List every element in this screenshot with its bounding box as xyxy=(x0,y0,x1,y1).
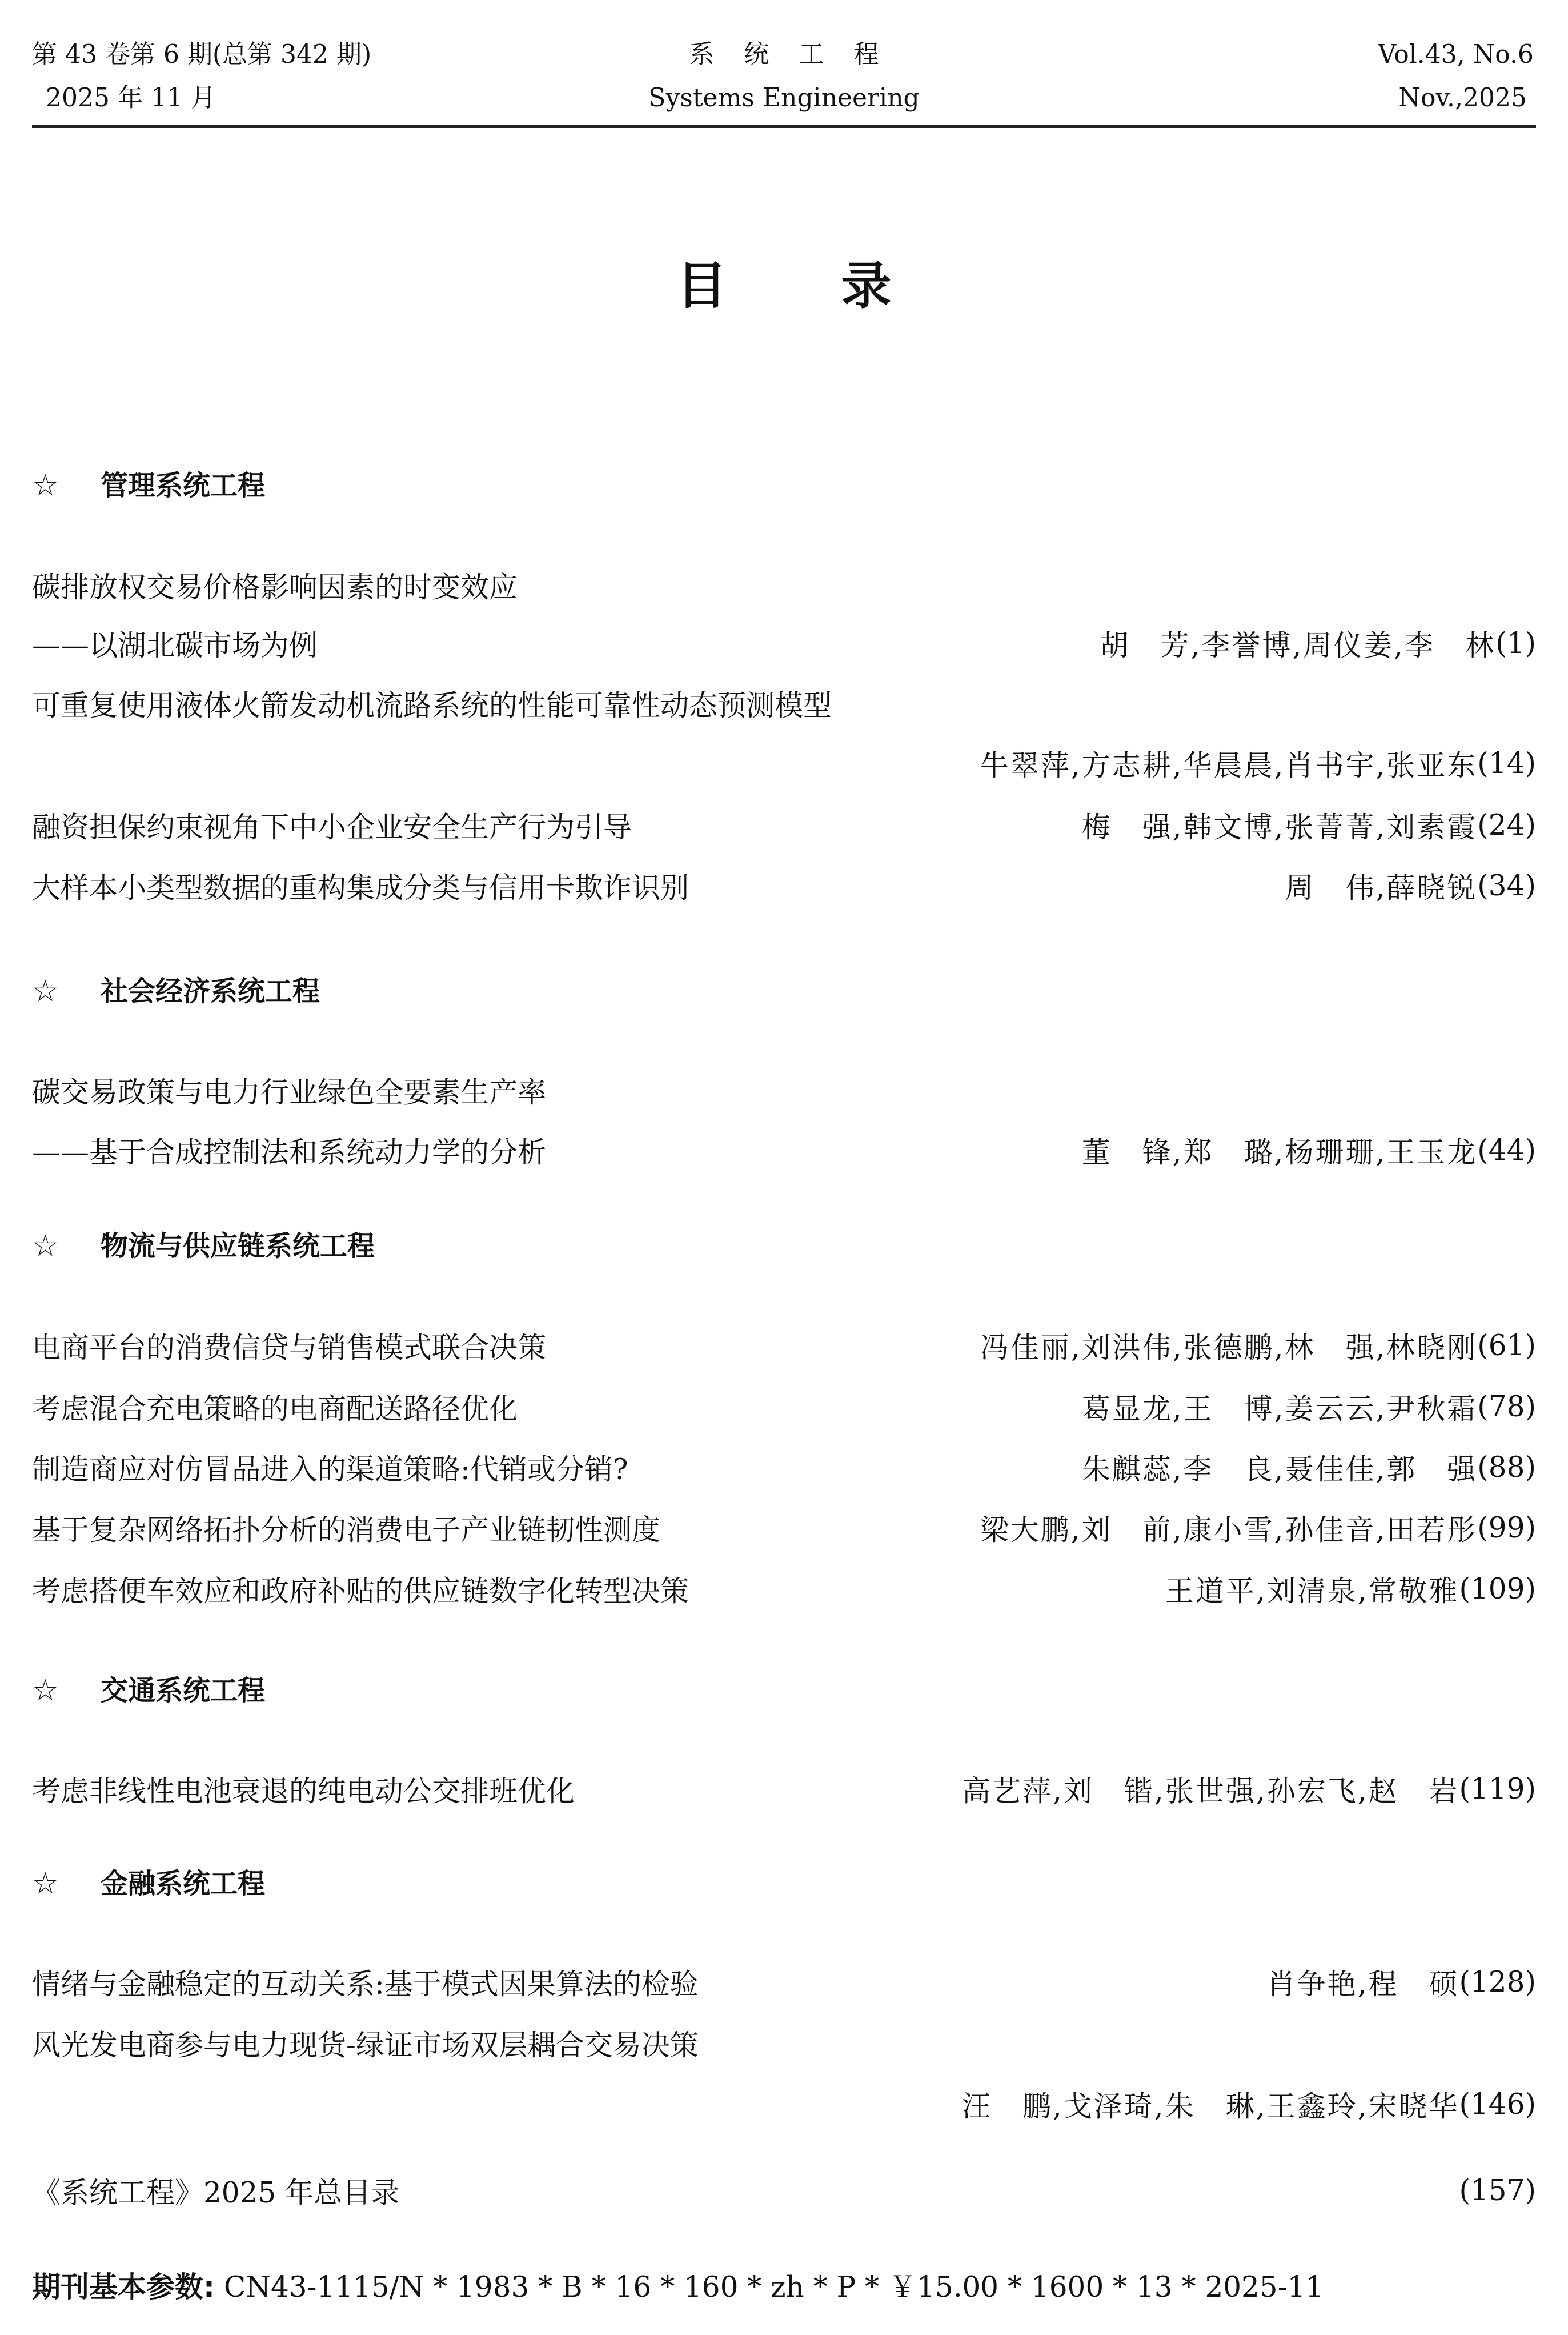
entry-title[interactable]: 考虑混合充电策略的电商配送路径优化 xyxy=(32,1386,518,1427)
entry-title[interactable]: 考虑非线性电池衰退的纯电动公交排班优化 xyxy=(32,1768,575,1809)
entry-title[interactable]: 制造商应对仿冒品进入的渠道策略:代销或分销? xyxy=(32,1447,628,1488)
annual-index-entry[interactable]: 《系统工程》2025 年总目录 (157) xyxy=(32,2169,1536,2212)
toc-entry[interactable]: 制造商应对仿冒品进入的渠道策略:代销或分销? 朱麒蕊,李 良,聂佳佳,郭 强 (… xyxy=(32,1445,1536,1489)
dot-leader xyxy=(704,1960,1261,2004)
entry-authors: 梁大鹏,刘 前,康小雪,孙佳音,田若彤 xyxy=(980,1507,1478,1548)
entry-subtitle[interactable]: ——以湖北碳市场为例 xyxy=(32,623,318,664)
entry-page[interactable]: (14) xyxy=(1477,747,1536,780)
entry-page[interactable]: (88) xyxy=(1477,1451,1536,1484)
toc-entry-continuation[interactable]: ——以湖北碳市场为例 胡 芳,李誉博,周仪姜,李 林 (1) xyxy=(32,622,1536,665)
volume-number-en: Vol.43, No.6 xyxy=(1378,33,1534,77)
section-title: 管理系统工程 xyxy=(101,466,265,506)
entry-title[interactable]: 情绪与金融稳定的互动关系:基于模式因果算法的检验 xyxy=(32,1961,699,2002)
toc-entry[interactable]: 基于复杂网络拓扑分析的消费电子产业链韧性测度 梁大鹏,刘 前,康小雪,孙佳音,田… xyxy=(32,1506,1536,1549)
toc-entry[interactable]: 情绪与金融稳定的互动关系:基于模式因果算法的检验 肖争艳,程 硕 (128) xyxy=(32,1960,1536,2004)
entry-title[interactable]: 融资担保约束视角下中小企业安全生产行为引导 xyxy=(32,804,632,846)
issue-date-en: Nov.,2025 xyxy=(1378,77,1534,120)
parameters-label: 期刊基本参数: xyxy=(32,2270,215,2304)
issue-info-en: Vol.43, No.6 Nov.,2025 xyxy=(1378,33,1534,120)
entry-authors: 朱麒蕊,李 良,聂佳佳,郭 强 xyxy=(1082,1447,1478,1488)
dot-leader xyxy=(695,1567,1160,1611)
dot-leader xyxy=(552,1324,975,1367)
dot-leader xyxy=(405,2169,1436,2212)
section-heading-logistics: ☆ 物流与供应链系统工程 xyxy=(32,1226,375,1266)
entry-title[interactable]: 碳排放权交易价格影响因素的时变效应 xyxy=(32,564,518,606)
entry-authors: 高艺萍,刘 锴,张世强,孙宏飞,赵 岩 xyxy=(962,1768,1459,1809)
journal-name-en: Systems Engineering xyxy=(0,77,1568,120)
toc-entry[interactable]: 考虑非线性电池衰退的纯电动公交排班优化 高艺萍,刘 锴,张世强,孙宏飞,赵 岩 … xyxy=(32,1767,1536,1811)
star-icon: ☆ xyxy=(32,971,101,1011)
journal-name: 系统工程 Systems Engineering xyxy=(0,33,1568,120)
entry-page[interactable]: (24) xyxy=(1477,808,1536,842)
section-title: 社会经济系统工程 xyxy=(101,971,320,1011)
star-icon: ☆ xyxy=(32,1226,101,1266)
toc-entry[interactable]: 电商平台的消费信贷与销售模式联合决策 冯佳丽,刘洪伟,张德鹏,林 强,林晓刚 (… xyxy=(32,1324,1536,1367)
toc-entry-continuation[interactable]: ——基于合成控制法和系统动力学的分析 董 锋,郑 璐,杨珊珊,王玉龙 (44) xyxy=(32,1128,1536,1172)
entry-authors: 胡 芳,李誉博,周仪姜,李 林 xyxy=(1100,623,1495,664)
dot-leader xyxy=(666,1506,975,1549)
dot-leader xyxy=(118,742,975,785)
toc-entry[interactable]: 碳排放权交易价格影响因素的时变效应 xyxy=(32,563,1536,607)
entry-title[interactable]: 基于复杂网络拓扑分析的消费电子产业链韧性测度 xyxy=(32,1507,660,1548)
page-title-char: 录 xyxy=(841,256,892,315)
dot-leader xyxy=(552,1128,1076,1172)
entry-authors: 肖争艳,程 硕 xyxy=(1267,1961,1459,2002)
toc-entry[interactable]: 考虑混合充电策略的电商配送路径优化 葛显龙,王 博,姜云云,尹秋霜 (78) xyxy=(32,1385,1536,1428)
dot-leader xyxy=(695,864,1279,907)
entry-title[interactable]: 可重复使用液体火箭发动机流路系统的性能可靠性动态预测模型 xyxy=(32,683,832,724)
dot-leader xyxy=(634,1445,1076,1489)
section-title: 金融系统工程 xyxy=(101,1864,265,1904)
section-title: 交通系统工程 xyxy=(101,1671,265,1711)
section-heading-transportation: ☆ 交通系统工程 xyxy=(32,1671,265,1711)
toc-entry[interactable]: 风光发电商参与电力现货-绿证市场双层耦合交易决策 xyxy=(32,2021,1536,2065)
entry-page[interactable]: (109) xyxy=(1459,1572,1536,1605)
entry-title[interactable]: 碳交易政策与电力行业绿色全要素生产率 xyxy=(32,1070,546,1111)
header-rule xyxy=(32,125,1536,128)
toc-entry-continuation[interactable]: 牛翠萍,方志耕,华晨晨,肖书宇,张亚东 (14) xyxy=(32,742,1536,785)
entry-page[interactable]: (157) xyxy=(1459,2174,1536,2207)
page-title-char: 目 xyxy=(676,256,727,315)
entry-title[interactable]: 电商平台的消费信贷与销售模式联合决策 xyxy=(32,1325,546,1366)
entry-page[interactable]: (1) xyxy=(1495,627,1536,660)
entry-page[interactable]: (44) xyxy=(1477,1134,1536,1167)
dot-leader xyxy=(523,1385,1076,1428)
entry-authors: 汪 鹏,戈泽琦,朱 琳,王鑫玲,宋晓华 xyxy=(962,2084,1459,2125)
entry-authors: 董 锋,郑 璐,杨珊珊,王玉龙 xyxy=(1082,1130,1478,1171)
dot-leader xyxy=(637,803,1076,847)
entry-subtitle[interactable]: ——基于合成控制法和系统动力学的分析 xyxy=(32,1130,546,1171)
page-title: 目录 xyxy=(0,254,1568,317)
section-heading-finance: ☆ 金融系统工程 xyxy=(32,1864,265,1904)
section-heading-management: ☆ 管理系统工程 xyxy=(32,466,265,506)
toc-entry-continuation[interactable]: 汪 鹏,戈泽琦,朱 琳,王鑫玲,宋晓华 (146) xyxy=(32,2082,1536,2126)
dot-leader xyxy=(837,682,1363,725)
entry-page[interactable]: (34) xyxy=(1477,869,1536,902)
entry-authors: 葛显龙,王 博,姜云云,尹秋霜 xyxy=(1082,1386,1478,1427)
star-icon: ☆ xyxy=(32,1864,101,1904)
star-icon: ☆ xyxy=(32,1671,101,1711)
entry-title[interactable]: 大样本小类型数据的重构集成分类与信用卡欺诈识别 xyxy=(32,865,689,906)
toc-entry[interactable]: 大样本小类型数据的重构集成分类与信用卡欺诈识别 周 伟,薛晓锐 (34) xyxy=(32,864,1536,907)
dot-leader xyxy=(101,2082,956,2126)
entry-authors: 冯佳丽,刘洪伟,张德鹏,林 强,林晓刚 xyxy=(980,1325,1478,1366)
entry-authors: 王道平,刘清泉,常敬雅 xyxy=(1165,1568,1459,1609)
section-title: 物流与供应链系统工程 xyxy=(101,1226,375,1266)
entry-title[interactable]: 考虑搭便车效应和政府补贴的供应链数字化转型决策 xyxy=(32,1568,689,1609)
dot-leader xyxy=(704,2021,1390,2065)
star-icon: ☆ xyxy=(32,466,101,506)
entry-authors: 周 伟,薛晓锐 xyxy=(1285,865,1477,906)
section-heading-socioeconomic: ☆ 社会经济系统工程 xyxy=(32,971,320,1011)
entry-authors: 梅 强,韩文博,张菁菁,刘素霞 xyxy=(1082,804,1478,846)
toc-entry[interactable]: 可重复使用液体火箭发动机流路系统的性能可靠性动态预测模型 xyxy=(32,682,1536,725)
journal-parameters: 期刊基本参数: CN43-1115/N * 1983 * B * 16 * 16… xyxy=(32,2265,1324,2309)
entry-page[interactable]: (119) xyxy=(1459,1772,1536,1805)
dot-leader xyxy=(580,1767,956,1811)
entry-page[interactable]: (78) xyxy=(1477,1390,1536,1423)
entry-title[interactable]: 《系统工程》2025 年总目录 xyxy=(32,2170,399,2211)
dot-leader xyxy=(323,622,1094,665)
parameters-value: CN43-1115/N * 1983 * B * 16 * 160 * zh *… xyxy=(224,2270,1324,2304)
toc-entry[interactable]: 碳交易政策与电力行业绿色全要素生产率 xyxy=(32,1068,1536,1112)
entry-authors: 牛翠萍,方志耕,华晨晨,肖书宇,张亚东 xyxy=(980,743,1478,784)
journal-name-cn: 系统工程 xyxy=(0,33,1568,77)
toc-entry[interactable]: 融资担保约束视角下中小企业安全生产行为引导 梅 强,韩文博,张菁菁,刘素霞 (2… xyxy=(32,803,1536,847)
toc-entry[interactable]: 考虑搭便车效应和政府补贴的供应链数字化转型决策 王道平,刘清泉,常敬雅 (109… xyxy=(32,1567,1536,1611)
entry-page[interactable]: (99) xyxy=(1477,1511,1536,1544)
entry-page[interactable]: (61) xyxy=(1477,1329,1536,1362)
entry-page[interactable]: (128) xyxy=(1459,1965,1536,1998)
entry-title[interactable]: 风光发电商参与电力现货-绿证市场双层耦合交易决策 xyxy=(32,2022,699,2064)
entry-page[interactable]: (146) xyxy=(1459,2088,1536,2121)
